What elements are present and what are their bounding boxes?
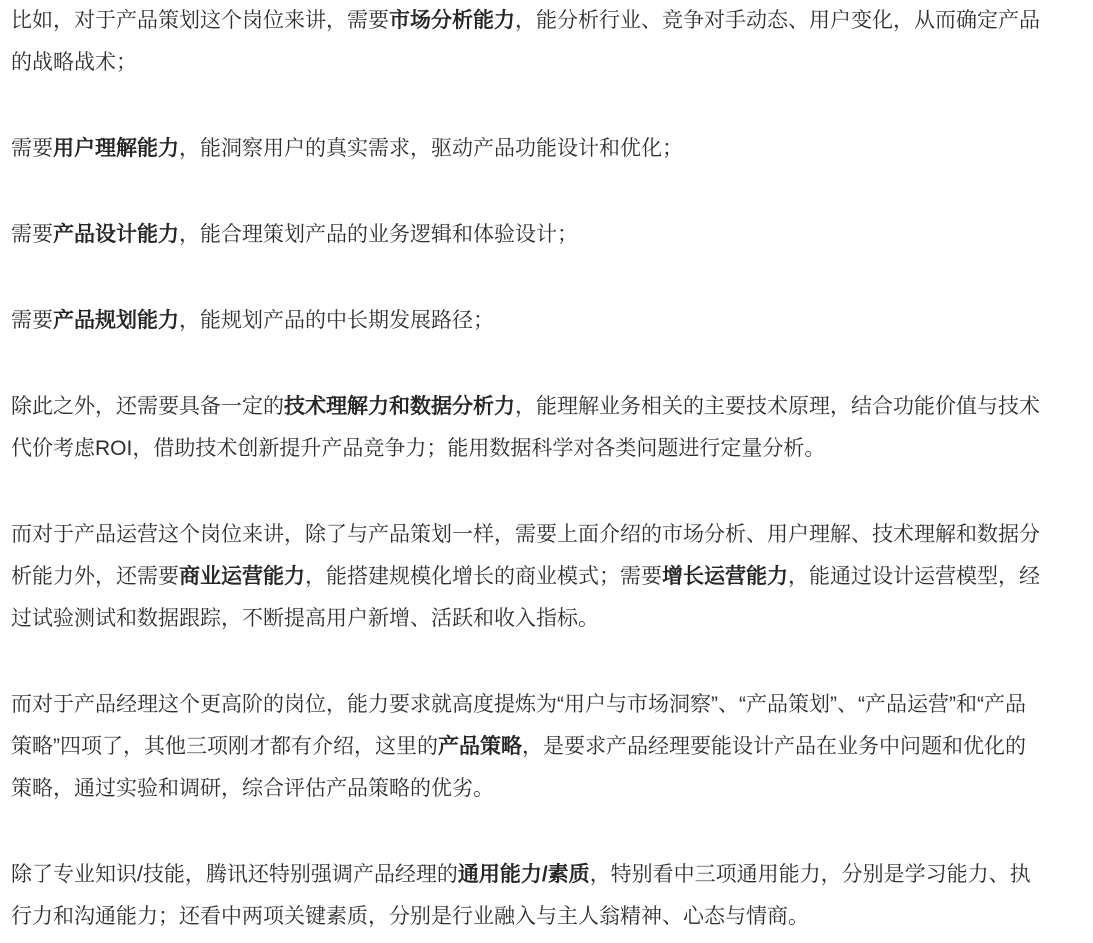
text-run: ，能搭建规模化增长的商业模式；需要 <box>305 565 662 588</box>
bold-keyword: 用户理解能力 <box>53 137 179 160</box>
article-body: 比如，对于产品策划这个岗位来讲，需要市场分析能力，能分析行业、竞争对手动态、用户… <box>0 0 1045 938</box>
bold-keyword: 产品设计能力 <box>53 223 179 246</box>
text-run: ，能合理策划产品的业务逻辑和体验设计； <box>179 223 578 246</box>
bold-keyword: 产品规划能力 <box>53 309 179 332</box>
paragraph: 除此之外，还需要具备一定的技术理解力和数据分析力，能理解业务相关的主要技术原理，… <box>11 386 1045 470</box>
text-run: 需要 <box>11 137 53 160</box>
text-run: 比如，对于产品策划这个岗位来讲，需要 <box>11 9 389 32</box>
bold-keyword: 增长运营能力 <box>662 565 788 588</box>
text-run: 除此之外，还需要具备一定的 <box>11 395 284 418</box>
text-run: 需要 <box>11 309 53 332</box>
paragraph: 而对于产品运营这个岗位来讲，除了与产品策划一样，需要上面介绍的市场分析、用户理解… <box>11 514 1045 640</box>
paragraph: 而对于产品经理这个更高阶的岗位，能力要求就高度提炼为“用户与市场洞察”、“产品策… <box>11 684 1045 810</box>
paragraph: 比如，对于产品策划这个岗位来讲，需要市场分析能力，能分析行业、竞争对手动态、用户… <box>11 0 1045 84</box>
bold-keyword: 产品策略 <box>438 735 522 758</box>
text-run: ，能洞察用户的真实需求，驱动产品功能设计和优化； <box>179 137 683 160</box>
bold-keyword: 市场分析能力 <box>389 9 515 32</box>
text-run: ，能规划产品的中长期发展路径； <box>179 309 494 332</box>
paragraph: 除了专业知识/技能，腾讯还特别强调产品经理的通用能力/素质，特别看中三项通用能力… <box>11 854 1045 938</box>
text-run: 除了专业知识/技能，腾讯还特别强调产品经理的 <box>11 863 458 886</box>
text-run: 需要 <box>11 223 53 246</box>
bold-keyword: 技术理解力和数据分析力 <box>284 395 515 418</box>
bold-keyword: 商业运营能力 <box>179 565 305 588</box>
paragraph: 需要产品设计能力，能合理策划产品的业务逻辑和体验设计； <box>11 214 1045 256</box>
paragraph: 需要用户理解能力，能洞察用户的真实需求，驱动产品功能设计和优化； <box>11 128 1045 170</box>
article-page: 比如，对于产品策划这个岗位来讲，需要市场分析能力，能分析行业、竞争对手动态、用户… <box>0 0 1093 943</box>
bold-keyword: 通用能力/素质 <box>458 863 590 886</box>
paragraph: 需要产品规划能力，能规划产品的中长期发展路径； <box>11 300 1045 342</box>
